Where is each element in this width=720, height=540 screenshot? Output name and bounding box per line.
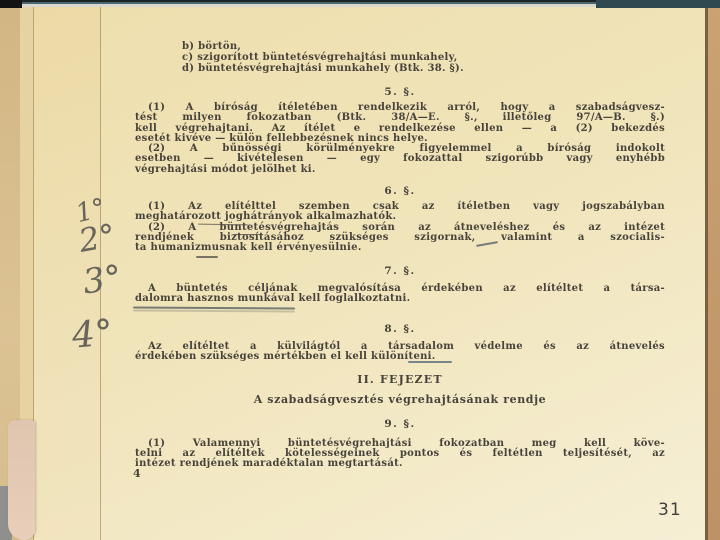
section-heading: 8. §. <box>135 324 665 335</box>
slide-number: 31 <box>658 500 682 520</box>
list-line: b) börtön, <box>182 41 665 52</box>
text-line: intézet rendjének maradéktalan megtartás… <box>135 459 665 469</box>
text-block: b) börtön,c) szigorított büntetésvégreha… <box>135 41 665 74</box>
list-line: d) büntetésvégrehajtási munkahely (Btk. … <box>182 63 665 74</box>
handwritten-mark-3: 3° <box>80 258 124 303</box>
scanned-book-photo: b) börtön,c) szigorított büntetésvégreha… <box>0 0 720 540</box>
curled-page-corner <box>8 420 35 540</box>
section-heading: 7. §. <box>135 266 665 277</box>
text-block: Az elítéltet a külvilágtól a társadalom … <box>135 342 665 363</box>
section-heading: 6. §. <box>135 186 665 197</box>
text-line: ta humanizmusnak kell érvényesülnie. <box>135 243 665 253</box>
pen-dash-humanizmus <box>196 256 218 258</box>
text-line: dalomra hasznos munkával kell foglalkozt… <box>135 294 665 304</box>
text-line: érdekében szükséges mértékben el kell kü… <box>135 352 665 362</box>
handwritten-mark-4: 4° <box>70 312 114 356</box>
section-heading: 9. §. <box>135 419 665 430</box>
book-page-number: 4 <box>133 467 141 480</box>
text-block: (1) Valamennyi büntetésvégrehajtási foko… <box>135 439 665 470</box>
handwritten-mark-2: 2° <box>76 216 118 260</box>
section-heading: II. FEJEZET <box>135 374 665 385</box>
pen-underline-veg <box>233 234 263 235</box>
section-heading: A szabadságvesztés végrehajtásának rendj… <box>135 394 665 405</box>
section-heading: 5. §. <box>135 87 665 98</box>
text-block: (1) A bíróság ítéletében rendelkezik arr… <box>135 103 665 175</box>
pen-underline-kuloniteni <box>408 361 452 363</box>
text-line: végrehajtási módot jelölhet ki. <box>135 165 665 175</box>
book-right-edge <box>708 6 720 540</box>
list-line: c) szigorított büntetésvégrehajtási munk… <box>182 52 665 63</box>
text-block: A büntetés céljának megvalósítása érdeké… <box>135 284 665 305</box>
document-text: b) börtön,c) szigorított büntetésvégreha… <box>135 0 665 470</box>
photo-top-left-corner <box>0 0 22 8</box>
text-block: (1) Az elítélttel szemben csak az ítélet… <box>135 202 665 253</box>
